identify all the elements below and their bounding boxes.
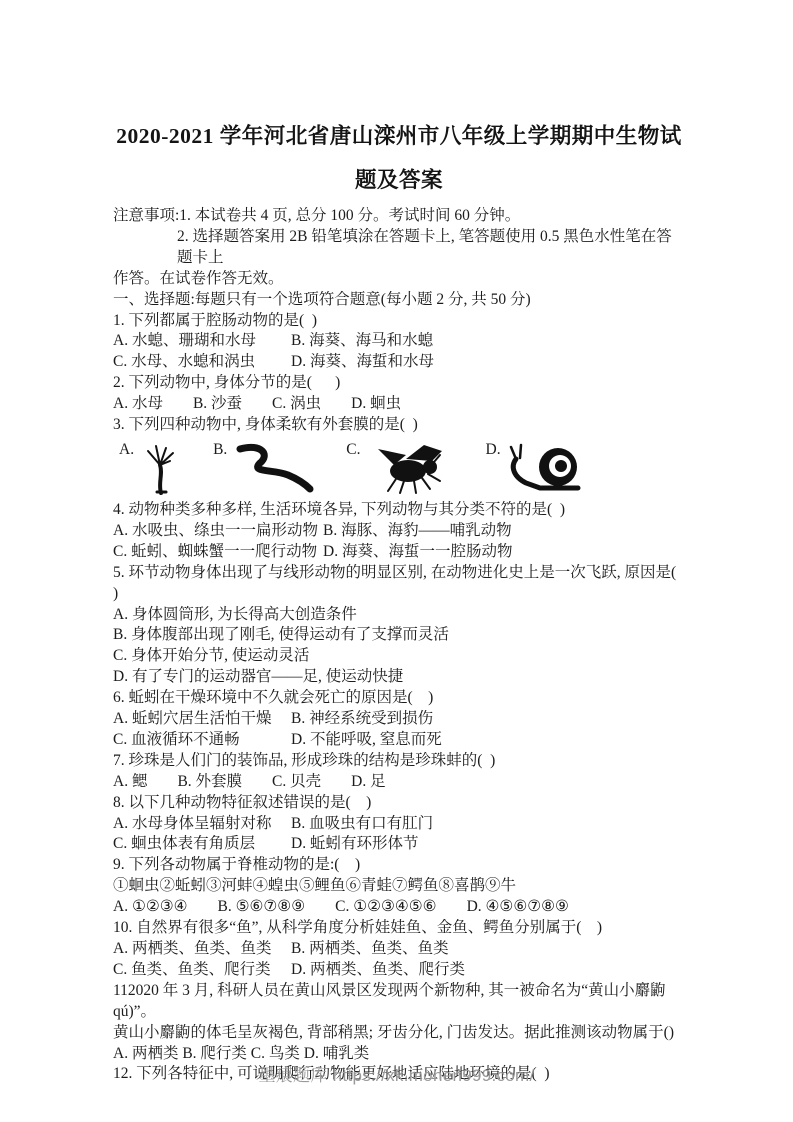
option-item: A. 水母 — [113, 394, 163, 415]
figure-option-c: C. — [346, 441, 455, 495]
doc-line: 1. 下列都属于腔肠动物的是( ) — [113, 311, 685, 332]
option-columns-line: A. 水母身体呈辐射对称B. 血吸虫有口有肛门 — [113, 814, 685, 835]
figure-option-b: B. — [213, 441, 316, 495]
doc-line: 112020 年 3 月, 科研人员在黄山风景区发现两个新物种, 其一被命名为“… — [113, 981, 685, 1023]
page-title-line2: 题及答案 — [113, 158, 685, 202]
page-title: 2020-2021 学年河北省唐山滦州市八年级上学期期中生物试 题及答案 — [113, 114, 685, 202]
option-item: A. 鳃 — [113, 772, 147, 793]
option-left: C. 鱼类、鱼类、爬行类 — [113, 960, 291, 981]
snail-sketch-image — [506, 441, 588, 495]
option-right: D. 两栖类、鱼类、爬行类 — [291, 961, 465, 978]
figure-label-b: B. — [213, 441, 227, 459]
option-right: B. 血吸虫有口有肛门 — [291, 815, 433, 832]
option-left: A. 水吸虫、绦虫一一扁形动物 — [113, 521, 323, 542]
document-body: 注意事项:1. 本试卷共 4 页, 总分 100 分。考试时间 60 分钟。2.… — [113, 206, 685, 1085]
doc-lines-bottom: 4. 动物种类多种多样, 生活环境各异, 下列动物与其分类不符的是( )A. 水… — [113, 500, 685, 1085]
option-left: A. 水母身体呈辐射对称 — [113, 814, 291, 835]
figure-label-d: D. — [486, 441, 501, 459]
exam-page: 2020-2021 学年河北省唐山滦州市八年级上学期期中生物试 题及答案 注意事… — [0, 0, 793, 1122]
option-left: C. 蛔虫体表有角质层 — [113, 834, 291, 855]
doc-line: C. 身体开始分节, 使运动灵活 — [113, 646, 685, 667]
option-item: D. ④⑤⑥⑦⑧⑨ — [467, 897, 569, 918]
doc-line: 2. 选择题答案用 2B 铅笔填涂在答题卡上, 笔答题使用 0.5 黑色水性笔在… — [113, 227, 685, 269]
option-item: C. 贝壳 — [272, 772, 321, 793]
option-item: D. 蛔虫 — [351, 394, 401, 415]
figure-label-c: C. — [346, 441, 360, 459]
option-left: A. 水螅、珊瑚和水母 — [113, 331, 291, 352]
option-columns-line: C. 水母、水螅和涡虫D. 海葵、海蜇和水母 — [113, 352, 685, 373]
doc-line: B. 身体腹部出现了刚毛, 使得运动有了支撑而灵活 — [113, 625, 685, 646]
option-right: B. 海豚、海豹——哺乳动物 — [323, 522, 512, 539]
option-right: B. 海葵、海马和水螅 — [291, 332, 433, 349]
footer-credit: 墨痕题库 https://xk.mohen999.com/ — [0, 1061, 793, 1086]
doc-line: 3. 下列四种动物中, 身体柔软有外套膜的是( ) — [113, 415, 685, 436]
option-item: C. ①②③④⑤⑥ — [335, 897, 436, 918]
option-right: D. 海葵、海蜇和水母 — [291, 353, 434, 370]
option-item: A. ①②③④ — [113, 897, 188, 918]
option-item: B. 外套膜 — [177, 772, 242, 793]
doc-line: 9. 下列各动物属于脊椎动物的是:( ) — [113, 855, 685, 876]
option-left: A. 蚯蚓穴居生活怕干燥 — [113, 709, 291, 730]
doc-line: 8. 以下几种动物特征叙述错误的是( ) — [113, 793, 685, 814]
doc-line: 4. 动物种类多种多样, 生活环境各异, 下列动物与其分类不符的是( ) — [113, 500, 685, 521]
option-columns-line: A. 蚯蚓穴居生活怕干燥B. 神经系统受到损伤 — [113, 709, 685, 730]
doc-line: 黄山小麝鼩的体毛呈灰褐色, 背部稍黑; 牙齿分化, 门齿发达。据此推测该动物属于… — [113, 1023, 685, 1044]
option-left: C. 血液循环不通畅 — [113, 730, 291, 751]
option-right: D. 海葵、海蜇一一腔肠动物 — [323, 543, 512, 560]
doc-line: ①蛔虫②蚯蚓③河蚌④蝗虫⑤鲤鱼⑥青蛙⑦鳄鱼⑧喜鹊⑨牛 — [113, 876, 685, 897]
figure-label-a: A. — [119, 441, 134, 459]
option-item: B. 沙蚕 — [193, 394, 242, 415]
option-right: B. 神经系统受到损伤 — [291, 710, 433, 727]
option-item: C. 涡虫 — [272, 394, 321, 415]
page-title-line1: 2020-2021 学年河北省唐山滦州市八年级上学期期中生物试 — [113, 114, 685, 158]
option-left: A. 两栖类、鱼类、鱼类 — [113, 939, 291, 960]
option-columns-line: C. 蛔虫体表有角质层D. 蚯蚓有环形体节 — [113, 834, 685, 855]
doc-line: 2. 下列动物中, 身体分节的是( ) — [113, 373, 685, 394]
doc-line: 6. 蚯蚓在干燥环境中不久就会死亡的原因是( ) — [113, 688, 685, 709]
option-line: A. ①②③④B. ⑤⑥⑦⑧⑨C. ①②③④⑤⑥D. ④⑤⑥⑦⑧⑨ — [113, 897, 685, 918]
figure-option-d: D. — [486, 441, 588, 495]
option-line: A. 水母B. 沙蚕C. 涡虫D. 蛔虫 — [113, 394, 685, 415]
doc-line: A. 身体圆筒形, 为长得高大创造条件 — [113, 605, 685, 626]
hydra-sketch-image — [139, 441, 183, 495]
doc-line: 一、选择题:每题只有一个选项符合题意(每小题 2 分, 共 50 分) — [113, 290, 685, 311]
option-columns-line: C. 蚯蚓、蜘蛛蟹一一爬行动物D. 海葵、海蜇一一腔肠动物 — [113, 542, 685, 563]
option-columns-line: A. 两栖类、鱼类、鱼类B. 两栖类、鱼类、鱼类 — [113, 939, 685, 960]
option-right: B. 两栖类、鱼类、鱼类 — [291, 940, 449, 957]
doc-line: 作答。在试卷作答无效。 — [113, 269, 685, 290]
question-3-figure-row: A. B. C. — [113, 436, 685, 500]
doc-lines-top: 注意事项:1. 本试卷共 4 页, 总分 100 分。考试时间 60 分钟。2.… — [113, 206, 685, 436]
option-line: A. 鳃B. 外套膜C. 贝壳D. 足 — [113, 772, 685, 793]
option-columns-line: C. 鱼类、鱼类、爬行类D. 两栖类、鱼类、爬行类 — [113, 960, 685, 981]
figure-option-a: A. — [119, 441, 183, 495]
option-item: D. 足 — [351, 772, 385, 793]
option-item: B. ⑤⑥⑦⑧⑨ — [218, 897, 306, 918]
option-left: C. 水母、水螅和涡虫 — [113, 352, 291, 373]
option-columns-line: C. 血液循环不通畅D. 不能呼吸, 窒息而死 — [113, 730, 685, 751]
insect-sketch-image — [366, 441, 456, 495]
doc-line: 10. 自然界有很多“鱼”, 从科学角度分析娃娃鱼、金鱼、鳄鱼分别属于( ) — [113, 918, 685, 939]
option-right: D. 不能呼吸, 窒息而死 — [291, 731, 442, 748]
option-columns-line: A. 水吸虫、绦虫一一扁形动物B. 海豚、海豹——哺乳动物 — [113, 521, 685, 542]
doc-line: 7. 珍珠是人们门的装饰品, 形成珍珠的结构是珍珠蚌的( ) — [113, 751, 685, 772]
doc-line: 注意事项:1. 本试卷共 4 页, 总分 100 分。考试时间 60 分钟。 — [113, 206, 685, 227]
option-columns-line: A. 水螅、珊瑚和水母B. 海葵、海马和水螅 — [113, 331, 685, 352]
doc-line: D. 有了专门的运动器官——足, 使运动快捷 — [113, 667, 685, 688]
option-left: C. 蚯蚓、蜘蛛蟹一一爬行动物 — [113, 542, 323, 563]
worm-sketch-image — [232, 441, 316, 495]
option-right: D. 蚯蚓有环形体节 — [291, 835, 418, 852]
doc-line: 5. 环节动物身体出现了与线形动物的明显区别, 在动物进化史上是一次飞跃, 原因… — [113, 563, 685, 605]
